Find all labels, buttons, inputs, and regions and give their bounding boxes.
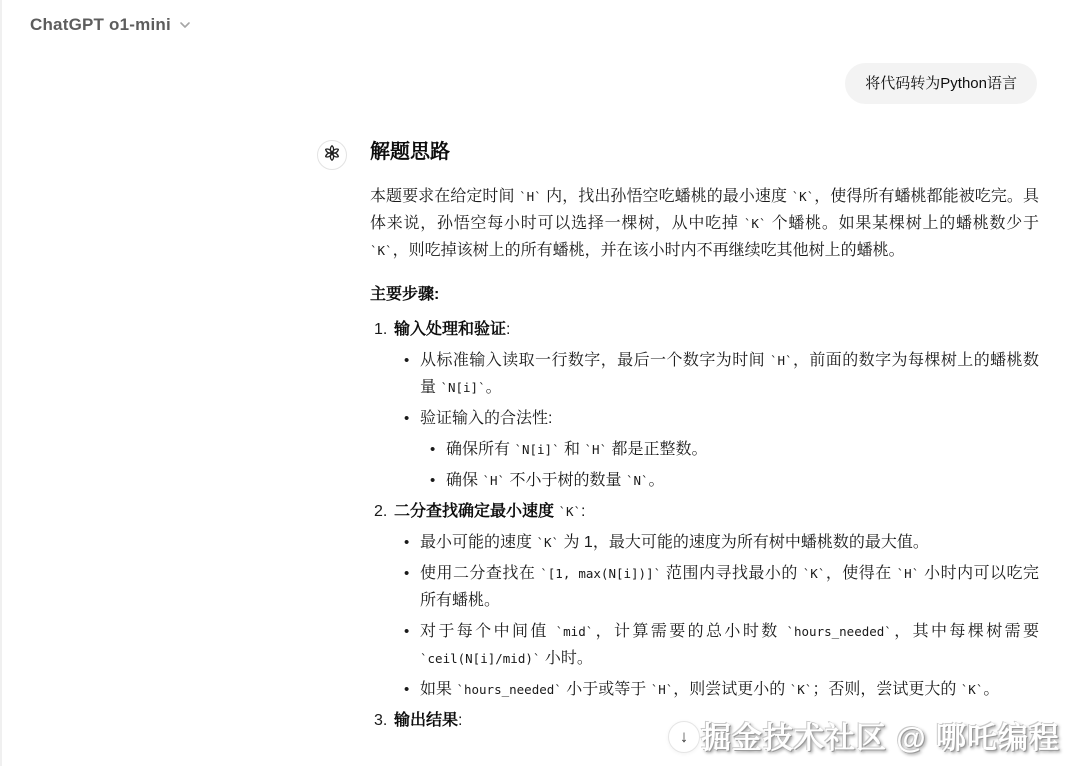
bullet-icon: • xyxy=(404,560,420,614)
chevron-down-icon xyxy=(178,18,192,32)
arrow-down-icon: ↓ xyxy=(680,727,689,747)
bullet-icon: • xyxy=(430,467,446,494)
user-message-text: 将代码转为Python语言 xyxy=(865,75,1017,92)
bullet-text: 验证输入的合法性: xyxy=(420,405,1039,432)
list-item-title: 二分查找确定最小速度 `K` xyxy=(394,503,581,520)
intro-paragraph: 本题要求在给定时间 `H` 内，找出孙悟空吃蟠桃的最小速度 `K`，使得所有蟠桃… xyxy=(370,183,1039,264)
inline-code: `hours_needed` xyxy=(456,682,561,697)
inline-code: `K` xyxy=(536,535,559,550)
inline-code: `hours_needed` xyxy=(786,624,891,639)
list-number: 2. xyxy=(370,498,394,525)
inline-code: `ceil(N[i]/mid)` xyxy=(420,651,540,666)
ordered-list-item: 2.二分查找确定最小速度 `K`: xyxy=(370,498,1039,525)
bullet-text: 最小可能的速度 `K` 为 1，最大可能的速度为所有树中蟠桃数的最大值。 xyxy=(420,529,1039,556)
inline-code: `K` xyxy=(790,682,813,697)
inline-code: `N[i]` xyxy=(514,442,559,457)
inline-code: `K` xyxy=(558,504,581,519)
bullet-text: 对于每个中间值 `mid`，计算需要的总小时数 `hours_needed`，其… xyxy=(420,618,1039,672)
inline-code: `H` xyxy=(651,682,674,697)
bullet-item: •使用二分查找在 `[1, max(N[i])]` 范围内寻找最小的 `K`，使… xyxy=(370,560,1039,614)
bullet-item: •验证输入的合法性: xyxy=(370,405,1039,432)
model-name: ChatGPT o1-mini xyxy=(30,15,171,35)
sub-bullet-item: •确保 `H` 不小于树的数量 `N`。 xyxy=(370,467,1039,494)
bullet-item: •对于每个中间值 `mid`，计算需要的总小时数 `hours_needed`，… xyxy=(370,618,1039,672)
inline-code: `N[i]` xyxy=(440,380,485,395)
inline-code: `mid` xyxy=(556,624,594,639)
list-number: 1. xyxy=(370,316,394,343)
ordered-list-item: 1.输入处理和验证: xyxy=(370,316,1039,343)
assistant-message: 解题思路 本题要求在给定时间 `H` 内，找出孙悟空吃蟠桃的最小速度 `K`，使… xyxy=(317,138,1039,738)
inline-code: `[1, max(N[i])]` xyxy=(540,566,661,581)
bullet-text: 从标准输入读取一行数字，最后一个数字为时间 `H`，前面的数字为每棵树上的蟠桃数… xyxy=(420,347,1039,401)
bullet-text: 确保 `H` 不小于树的数量 `N`。 xyxy=(446,467,1039,494)
bullet-icon: • xyxy=(404,405,420,432)
steps-heading: 主要步骤: xyxy=(370,281,1039,308)
assistant-avatar xyxy=(317,140,347,170)
inline-code: `H` xyxy=(897,566,920,581)
bullet-text: 如果 `hours_needed` 小于或等于 `H`，则尝试更小的 `K`；否… xyxy=(420,676,1039,703)
answer-title: 解题思路 xyxy=(370,138,1039,166)
inline-code: `H` xyxy=(770,353,793,368)
bullet-icon: • xyxy=(404,676,420,703)
bullet-text: 确保所有 `N[i]` 和 `H` 都是正整数。 xyxy=(446,436,1039,463)
list-item-text: 二分查找确定最小速度 `K`: xyxy=(394,498,585,525)
inline-code: `N` xyxy=(626,473,649,488)
inline-code: `H` xyxy=(482,473,505,488)
inline-code: `K` xyxy=(961,682,984,697)
bullet-icon: • xyxy=(404,529,420,556)
sub-bullet-item: •确保所有 `N[i]` 和 `H` 都是正整数。 xyxy=(370,436,1039,463)
watermark: 掘金技术社区 @ 哪吒编程 xyxy=(701,713,1060,757)
openai-logo-icon xyxy=(322,143,342,168)
bullet-item: •从标准输入读取一行数字，最后一个数字为时间 `H`，前面的数字为每棵树上的蟠桃… xyxy=(370,347,1039,401)
bullet-icon: • xyxy=(404,618,420,672)
list-item-text: 输出结果: xyxy=(394,707,462,734)
inline-code: `K` xyxy=(370,243,393,258)
list-number: 3. xyxy=(370,707,394,734)
inline-code: `H` xyxy=(585,442,608,457)
list-item-title: 输出结果 xyxy=(394,712,458,729)
inline-code: `K` xyxy=(803,566,826,581)
bullet-item: •如果 `hours_needed` 小于或等于 `H`，则尝试更小的 `K`；… xyxy=(370,676,1039,703)
steps-list: 1.输入处理和验证:•从标准输入读取一行数字，最后一个数字为时间 `H`，前面的… xyxy=(370,316,1039,734)
scroll-to-bottom-button[interactable]: ↓ xyxy=(668,721,700,753)
bullet-item: •最小可能的速度 `K` 为 1，最大可能的速度为所有树中蟠桃数的最大值。 xyxy=(370,529,1039,556)
bullet-text: 使用二分查找在 `[1, max(N[i])]` 范围内寻找最小的 `K`，使得… xyxy=(420,560,1039,614)
user-message-bubble: 将代码转为Python语言 xyxy=(845,63,1037,104)
assistant-message-content: 解题思路 本题要求在给定时间 `H` 内，找出孙悟空吃蟠桃的最小速度 `K`，使… xyxy=(370,138,1039,734)
bullet-icon: • xyxy=(430,436,446,463)
inline-code: `K` xyxy=(744,216,767,231)
inline-code: `H` xyxy=(519,189,542,204)
chat-page: ChatGPT o1-mini 将代码转为Python语言 xyxy=(0,0,1080,766)
list-item-text: 输入处理和验证: xyxy=(394,316,510,343)
model-selector[interactable]: ChatGPT o1-mini xyxy=(30,15,192,35)
inline-code: `K` xyxy=(792,189,815,204)
bullet-icon: • xyxy=(404,347,420,401)
list-item-title: 输入处理和验证 xyxy=(394,321,506,338)
